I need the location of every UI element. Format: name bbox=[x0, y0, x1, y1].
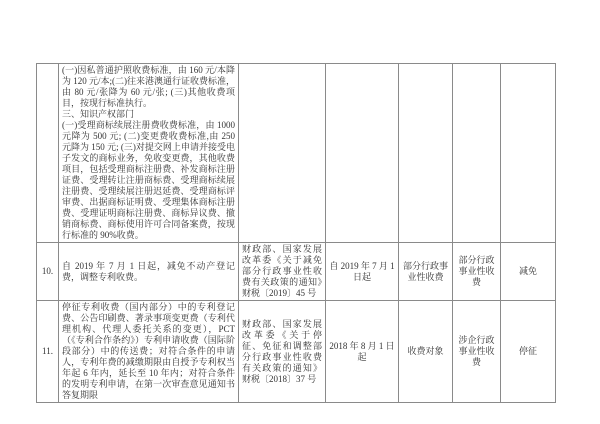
measure-cell: 减免 bbox=[501, 243, 556, 301]
row-number-cell: 11. bbox=[37, 301, 59, 403]
measure-cell bbox=[501, 64, 556, 243]
row-number-cell bbox=[37, 64, 59, 243]
start-date-cell: 自 2019 年 7 月 1 日起 bbox=[326, 243, 399, 301]
start-date-cell bbox=[326, 64, 399, 243]
charge-target-cell: 收费对象 bbox=[399, 301, 453, 403]
policy-document-cell: 财政部、国家发展改革委《关于减免部分行政事业性收费有关政策的通知》财税〔2019… bbox=[239, 243, 326, 301]
policy-document-cell: 财政部、国家发展改革委《关于停征、免征和调整部分行政事业性收费有关政策的通知》财… bbox=[239, 301, 326, 403]
policy-content-cell: 自 2019 年 7 月 1 日起，减免不动产登记费，调整专利收费。 bbox=[59, 243, 239, 301]
row-number-cell: 10. bbox=[37, 243, 59, 301]
measure-cell: 停征 bbox=[501, 301, 556, 403]
policy-content-cell: 停征专利收费（国内部分）中的专利登记费、公告印刷费、著录事项变更费（专利代理机构… bbox=[59, 301, 239, 403]
charge-target-cell bbox=[399, 64, 453, 243]
charge-type-cell bbox=[453, 64, 501, 243]
policy-document-cell bbox=[239, 64, 326, 243]
document-page: (一)因私普通护照收费标准，由 160 元/本降为 120 元/本;(二)往来港… bbox=[0, 0, 600, 424]
charge-type-cell: 涉企行政事业性收费 bbox=[453, 301, 501, 403]
charge-target-cell: 部分行政事业性收费 bbox=[399, 243, 453, 301]
fee-reduction-table: (一)因私普通护照收费标准，由 160 元/本降为 120 元/本;(二)往来港… bbox=[36, 63, 556, 403]
table-row-10: 10. 自 2019 年 7 月 1 日起，减免不动产登记费，调整专利收费。 财… bbox=[37, 243, 556, 301]
start-date-cell: 2018 年 8 月 1 日起 bbox=[326, 301, 399, 403]
table-row-continuation: (一)因私普通护照收费标准，由 160 元/本降为 120 元/本;(二)往来港… bbox=[37, 64, 556, 243]
charge-type-cell: 部分行政事业性收费 bbox=[453, 243, 501, 301]
policy-content-cell: (一)因私普通护照收费标准，由 160 元/本降为 120 元/本;(二)往来港… bbox=[59, 64, 239, 243]
table-row-11: 11. 停征专利收费（国内部分）中的专利登记费、公告印刷费、著录事项变更费（专利… bbox=[37, 301, 556, 403]
